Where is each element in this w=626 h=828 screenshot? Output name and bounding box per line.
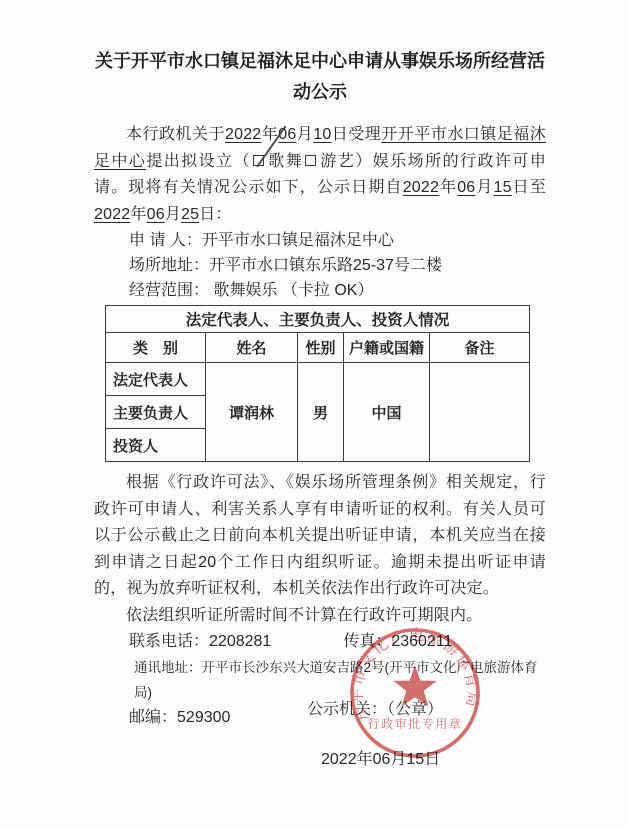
official-seal-stamp: 开平市文化广电旅游体育局 行政审批专用章 bbox=[346, 624, 484, 762]
header-nationality: 户籍或国籍 bbox=[344, 333, 430, 363]
seal-caption-text: 行政审批专用章 bbox=[368, 716, 463, 731]
representatives-table: 法定代表人、主要负责人、投资人情况 类 别 姓名 性别 户籍或国籍 备注 法定代… bbox=[105, 305, 530, 462]
cell-name: 谭润林 bbox=[206, 363, 298, 462]
intro-paragraph: 本行政机关于2022年06月10日受理开开平市水口镇足福沐足中心提出拟设立（歌舞… bbox=[94, 122, 546, 228]
intro-close-text: 日： bbox=[199, 206, 231, 223]
publish-end-day: 25 bbox=[181, 206, 199, 223]
row-label-legal-representative: 法定代表人 bbox=[106, 363, 206, 396]
applicant-value: 开平市水口镇足福沐足中心 bbox=[202, 232, 394, 249]
cell-gender: 男 bbox=[298, 363, 344, 462]
business-scope-label: 经营范围： bbox=[129, 282, 209, 299]
scanned-notice-page: 关于开平市水口镇足福沐足中心申请从事娱乐场所经营活 动公示 本行政机关于2022… bbox=[0, 0, 626, 828]
table-row: 法定代表人 谭润林 男 中国 bbox=[106, 363, 530, 396]
postal-code-label: 邮编： bbox=[129, 709, 177, 726]
business-scope-value: 歌舞娱乐 （卡拉 OK） bbox=[213, 282, 373, 299]
row-label-investor: 投资人 bbox=[106, 429, 206, 462]
venue-address-row: 场所地址：开平市水口镇东乐路25-37号二楼 bbox=[129, 253, 546, 278]
venue-address-label: 场所地址： bbox=[129, 257, 209, 274]
table-caption: 法定代表人、主要负责人、投资人情况 bbox=[106, 306, 530, 333]
publish-start-day: 15 bbox=[494, 179, 512, 196]
venue-address-value: 开平市水口镇东乐路25-37号二楼 bbox=[209, 257, 442, 274]
phone-label: 联系电话： bbox=[129, 633, 209, 650]
month-char: 月 bbox=[165, 206, 181, 223]
cell-nationality: 中国 bbox=[344, 363, 430, 462]
intro-lead: 本行政机关于 bbox=[126, 126, 225, 143]
applicant-row: 申 请 人：开平市水口镇足福沐足中心 bbox=[129, 228, 546, 253]
option-games-label: 游艺 bbox=[319, 153, 355, 170]
header-category: 类 别 bbox=[106, 333, 206, 363]
table-header-row: 类 别 姓名 性别 户籍或国籍 备注 bbox=[106, 333, 530, 363]
table-caption-row: 法定代表人、主要负责人、投资人情况 bbox=[106, 306, 530, 333]
publish-end-month: 06 bbox=[147, 206, 165, 223]
publish-end-year: 2022 bbox=[94, 206, 130, 223]
mailing-address-label: 通讯地址： bbox=[134, 660, 202, 675]
row-label-principal: 主要负责人 bbox=[106, 396, 206, 429]
application-details: 申 请 人：开平市水口镇足福沐足中心 场所地址：开平市水口镇东乐路25-37号二… bbox=[129, 228, 546, 303]
seal-star-icon bbox=[393, 665, 437, 707]
option-song-dance-label: 歌舞 bbox=[267, 153, 303, 170]
publish-start-month: 06 bbox=[457, 179, 475, 196]
checkbox-games bbox=[305, 155, 316, 166]
header-name: 姓名 bbox=[206, 333, 298, 363]
after-day-text: 日受理 bbox=[331, 126, 381, 143]
header-remark: 备注 bbox=[430, 333, 530, 363]
checkbox-song-dance bbox=[253, 155, 264, 166]
document-title: 关于开平市水口镇足福沐足中心申请从事娱乐场所经营活 动公示 bbox=[94, 46, 546, 108]
accept-date-day: 10 bbox=[313, 126, 331, 143]
year-char: 年 bbox=[439, 179, 457, 196]
header-gender: 性别 bbox=[298, 333, 344, 363]
applicant-label: 申 请 人： bbox=[129, 232, 202, 249]
month-char: 月 bbox=[296, 126, 313, 143]
month-char: 月 bbox=[475, 179, 493, 196]
intro-mid-text: 提出拟设立（ bbox=[146, 153, 251, 170]
legal-basis-paragraph: 根据《行政许可法》、《娱乐场所管理条例》相关规定，行政许可申请人、利害关系人享有… bbox=[94, 470, 546, 603]
accept-date-year: 2022 bbox=[225, 126, 261, 143]
publish-start-year: 2022 bbox=[403, 179, 439, 196]
to-char: 日至 bbox=[512, 179, 546, 196]
document-title-line-2: 动公示 bbox=[94, 77, 546, 108]
phone-number: 2208281 bbox=[209, 633, 271, 650]
year-char: 年 bbox=[130, 206, 146, 223]
document-title-line-1: 关于开平市水口镇足福沐足中心申请从事娱乐场所经营活 bbox=[94, 46, 546, 77]
postal-code-value: 529300 bbox=[177, 709, 230, 726]
business-scope-row: 经营范围： 歌舞娱乐 （卡拉 OK） bbox=[129, 278, 546, 303]
cell-remark bbox=[430, 363, 530, 462]
